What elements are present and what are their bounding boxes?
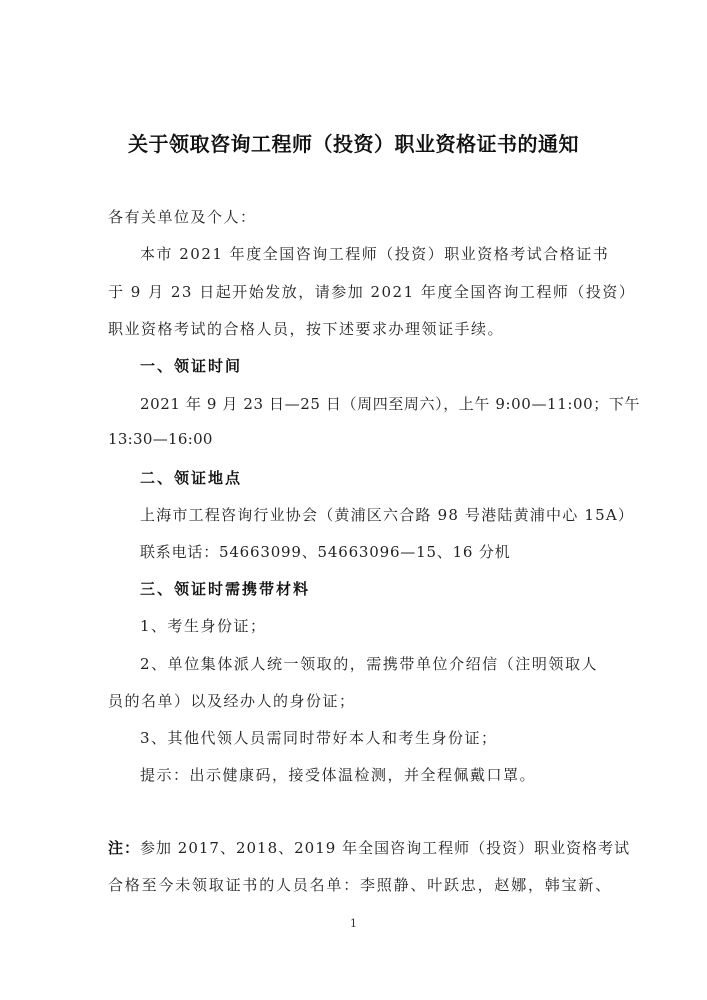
materials-item-2-line-1: 2、单位集体派人统一领取的，需携带单位介绍信（注明领取人 (140, 653, 598, 674)
note-line-1: 注：参加 2017、2018、2019 年全国咨询工程师（投资）职业资格考试 (108, 837, 630, 858)
materials-item-3: 3、其他代领人员需同时带好本人和考生身份证； (140, 727, 498, 748)
intro-line-2: 于 9 月 23 日起开始发放，请参加 2021 年度全国咨询工程师（投资） (108, 281, 598, 302)
section-time-line-2: 13:30—16:00 (108, 430, 213, 448)
section-time-line-1: 2021 年 9 月 23 日—25 日（周四至周六），上午 9:00—11:0… (140, 393, 640, 414)
materials-item-1: 1、考生身份证； (140, 615, 267, 636)
salutation: 各有关单位及个人： (108, 206, 257, 227)
intro-line-1: 本市 2021 年度全国咨询工程师（投资）职业资格考试合格证书 (140, 243, 598, 264)
section-heading-time: 一、领证时间 (140, 355, 242, 376)
intro-line-3: 职业资格考试的合格人员，按下述要求办理领证手续。 (108, 318, 504, 339)
note-line-2: 合格至今未领取证书的人员名单：李照静、叶跃忠，赵娜，韩宝新、 (108, 874, 612, 895)
page-number: 1 (0, 917, 707, 930)
section-location-address: 上海市工程咨询行业协会（黄浦区六合路 98 号港陆黄浦中心 15A） (140, 504, 634, 525)
page-title: 关于领取咨询工程师（投资）职业资格证书的通知 (0, 128, 707, 157)
section-heading-materials: 三、领证时需携带材料 (140, 578, 310, 599)
note-label: 注： (108, 839, 140, 857)
materials-tip: 提示：出示健康码，接受体温检测，并全程佩戴口罩。 (140, 764, 536, 785)
section-heading-location: 二、领证地点 (140, 467, 242, 488)
materials-item-2-line-2: 员的名单）以及经办人的身份证； (108, 690, 356, 711)
note-text-1: 参加 2017、2018、2019 年全国咨询工程师（投资）职业资格考试 (140, 839, 630, 857)
section-location-phone: 联系电话：54663099、54663096—15、16 分机 (140, 541, 510, 562)
